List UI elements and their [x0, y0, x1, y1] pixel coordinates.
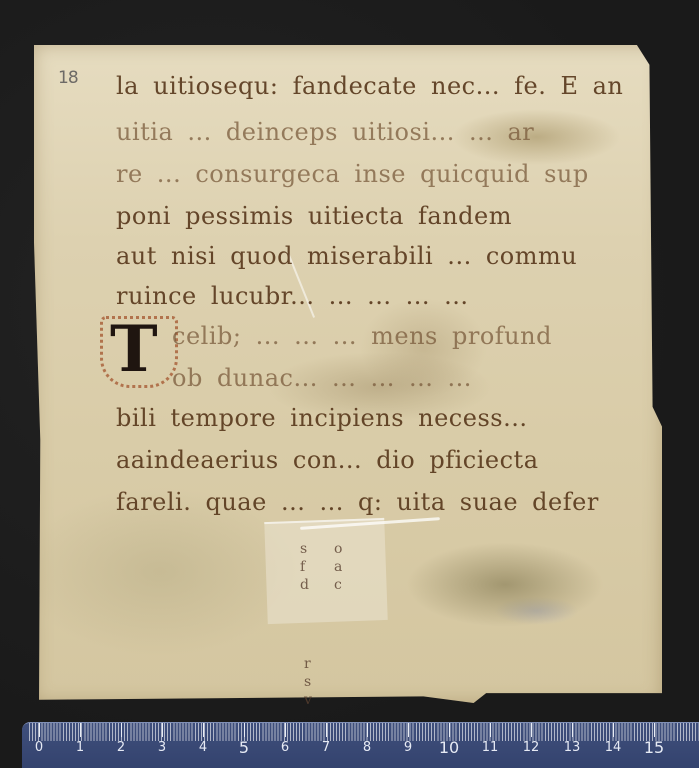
fragment-letter: f	[300, 558, 309, 576]
ruler-cm-tick	[121, 723, 122, 737]
fragment-letter: o	[334, 540, 342, 558]
ruler-cm-tick	[326, 723, 327, 737]
text-line-1: la uitiosequ: fandecate nec... fe. E an	[116, 72, 623, 100]
ruler-cm-tick	[654, 723, 655, 737]
ruler-cm-tick	[244, 723, 245, 737]
ruler-cm-tick	[80, 723, 81, 737]
scale-ruler: 0 1 2 3 4 5 6 7 8 9 10 11 12 13 14 15	[22, 722, 699, 768]
fragment-letter: s	[300, 540, 309, 558]
ruler-label: 9	[404, 740, 412, 755]
ruler-label: 4	[199, 740, 207, 755]
text-line-6: ruince lucubr... ... ... ... ...	[116, 282, 469, 310]
ruler-label: 6	[281, 740, 289, 755]
ruler-cm-tick	[367, 723, 368, 737]
folio-number: 18	[58, 68, 78, 88]
ruler-cm-tick	[203, 723, 204, 737]
fragment-letter: d	[300, 576, 309, 594]
text-line-9: bili tempore incipiens necess...	[116, 404, 527, 432]
text-line-5: aut nisi quod miserabili ... commu	[116, 242, 577, 270]
ruler-label: 3	[158, 740, 166, 755]
text-line-10: aaindeaerius con... dio pficiecta	[116, 446, 539, 474]
ruler-label: 13	[564, 740, 581, 755]
fragment-letter: c	[334, 576, 342, 594]
fragment-letter: r	[304, 655, 312, 673]
ruler-label: 11	[482, 740, 499, 755]
repair-patch	[264, 518, 387, 624]
ruler-label: 7	[322, 740, 330, 755]
text-line-3: re ... consurgeca inse quicquid sup	[116, 160, 589, 188]
ruler-cm-tick	[572, 723, 573, 737]
fragment-letter: a	[334, 558, 342, 576]
ruler-cm-tick	[490, 723, 491, 737]
text-line-11: fareli. quae ... ... q: uita suae defer	[116, 488, 599, 516]
text-line-2: uitia ... deinceps uitiosi... ... ar	[116, 118, 534, 146]
text-line-4: poni pessimis uitiecta fandem	[116, 202, 512, 230]
fragment-letter: v	[304, 691, 312, 709]
ruler-cm-tick	[408, 723, 409, 737]
lower-fragment-letters-3: r s v	[304, 655, 312, 709]
lower-fragment-letters-2: o a c	[334, 540, 342, 594]
ruler-label: 14	[605, 740, 622, 755]
fragment-letter: s	[304, 673, 312, 691]
initial-letter: T	[110, 312, 158, 387]
ruler-cm-tick	[531, 723, 532, 737]
ruler-cm-tick	[613, 723, 614, 737]
ruler-label: 12	[523, 740, 540, 755]
ruler-label: 0	[35, 740, 43, 755]
ruler-cm-tick	[449, 723, 450, 737]
text-line-7: celib; ... ... ... mens profund	[172, 322, 552, 350]
ruler-mm-ticks	[29, 723, 699, 741]
text-line-8: ob dunac... ... ... ... ...	[172, 364, 472, 392]
ruler-label: 5	[239, 738, 249, 757]
ruler-label: 8	[363, 740, 371, 755]
ruler-cm-tick	[162, 723, 163, 737]
ruler-label: 15	[644, 738, 664, 757]
ruler-label: 10	[439, 738, 459, 757]
ruler-label: 2	[117, 740, 125, 755]
ruler-cm-tick	[39, 723, 40, 737]
lower-fragment-letters-1: s f d	[300, 540, 309, 594]
ruler-cm-tick	[285, 723, 286, 737]
ruler-label: 1	[76, 740, 84, 755]
decorated-initial: T	[100, 316, 178, 388]
